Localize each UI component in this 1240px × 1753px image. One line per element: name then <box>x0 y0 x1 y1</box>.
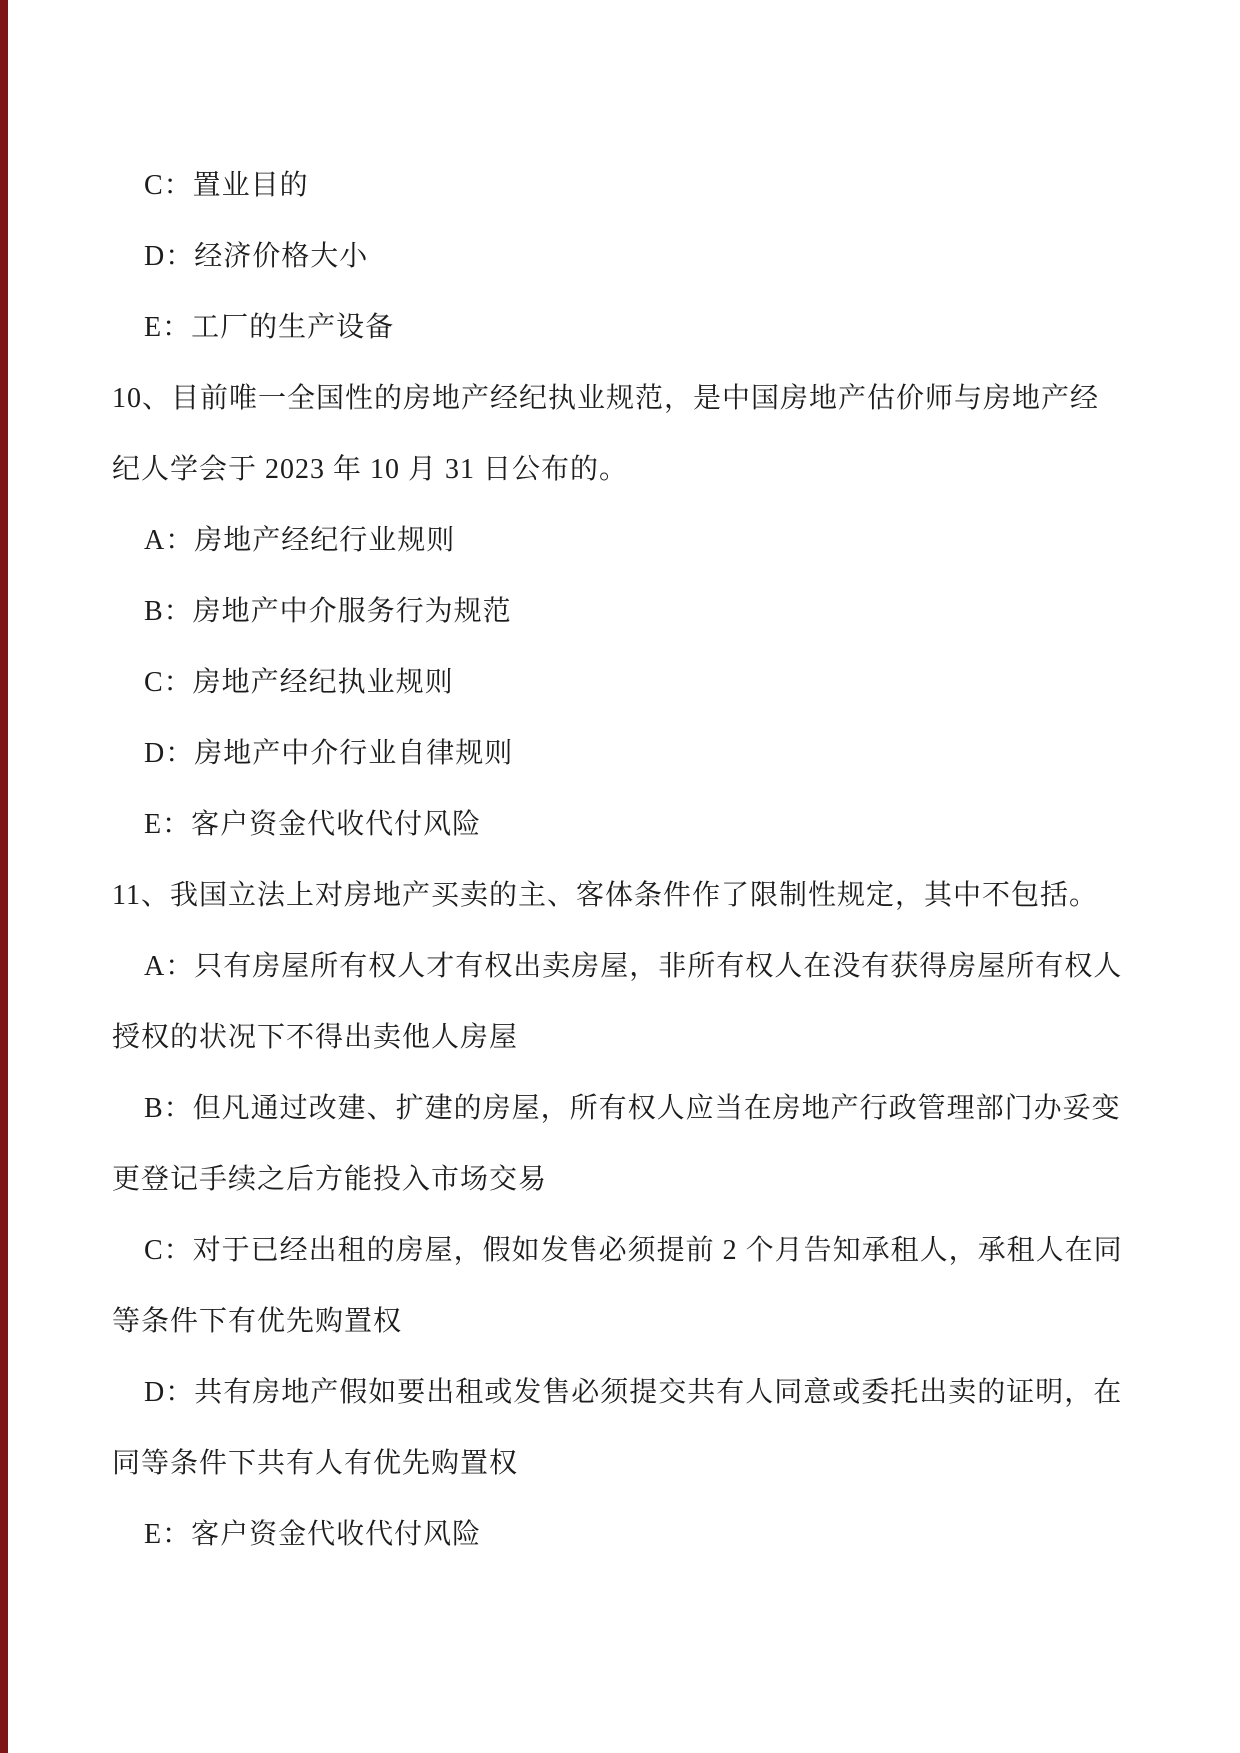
text-line: C：置业目的 <box>0 147 1240 218</box>
text-line: 同等条件下共有人有优先购置权 <box>0 1425 1240 1496</box>
text-line: E：工厂的生产设备 <box>0 289 1240 360</box>
text-line: 更登记手续之后方能投入市场交易 <box>0 1141 1240 1212</box>
text-line: B：但凡通过改建、扩建的房屋，所有权人应当在房地产行政管理部门办妥变 <box>0 1070 1240 1141</box>
text-line: 授权的状况下不得出卖他人房屋 <box>0 999 1240 1070</box>
text-line: 11、我国立法上对房地产买卖的主、客体条件作了限制性规定，其中不包括。 <box>0 857 1240 928</box>
text-line: A：只有房屋所有权人才有权出卖房屋，非所有权人在没有获得房屋所有权人 <box>0 928 1240 999</box>
text-line: B：房地产中介服务行为规范 <box>0 573 1240 644</box>
text-line: E：客户资金代收代付风险 <box>0 1496 1240 1567</box>
text-line: 10、目前唯一全国性的房地产经纪执业规范，是中国房地产估价师与房地产经 <box>0 360 1240 431</box>
text-line: 纪人学会于 2023 年 10 月 31 日公布的。 <box>0 431 1240 502</box>
text-line: E：客户资金代收代付风险 <box>0 786 1240 857</box>
text-line: D：共有房地产假如要出租或发售必须提交共有人同意或委托出卖的证明，在 <box>0 1354 1240 1425</box>
text-line: D：房地产中介行业自律规则 <box>0 715 1240 786</box>
text-line: C：对于已经出租的房屋，假如发售必须提前 2 个月告知承租人，承租人在同 <box>0 1212 1240 1283</box>
text-line: D：经济价格大小 <box>0 218 1240 289</box>
text-line: C：房地产经纪执业规则 <box>0 644 1240 715</box>
document-page: C：置业目的D：经济价格大小E：工厂的生产设备10、目前唯一全国性的房地产经纪执… <box>0 0 1240 1753</box>
text-line: 等条件下有优先购置权 <box>0 1283 1240 1354</box>
text-line: A：房地产经纪行业规则 <box>0 502 1240 573</box>
